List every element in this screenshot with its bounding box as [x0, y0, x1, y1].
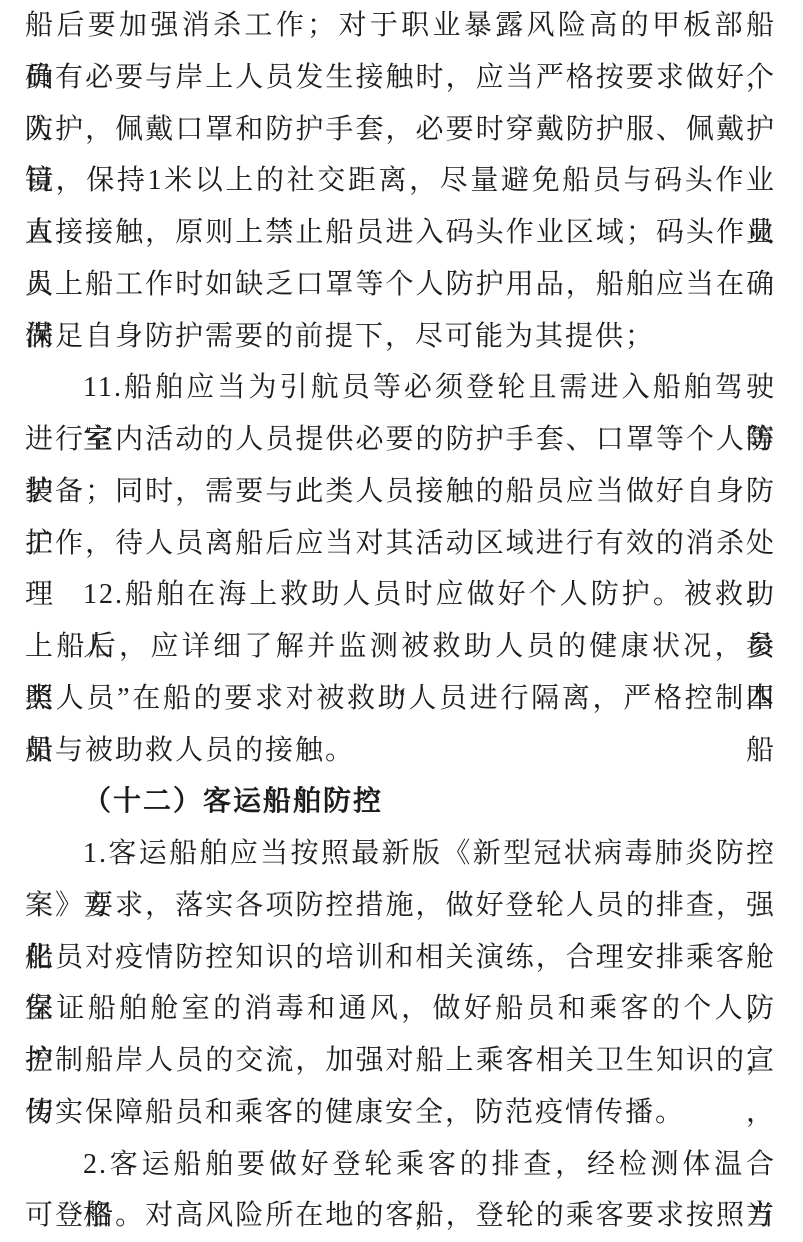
text-line: 船员对疫情防控知识的培训和相关演练，合理安排乘客舱室，: [25, 932, 776, 984]
text-line: 1.客运船舶应当按照最新版《新型冠状病毒肺炎防控方: [25, 828, 776, 880]
text-line: 防护，佩戴口罩和防护手套，必要时穿戴防护服、佩戴护目: [25, 104, 776, 156]
text-line: 装备；同时，需要与此类人员接触的船员应当做好自身防护: [25, 466, 776, 518]
text-line: 控制船岸人员的交流，加强对船上乘客相关卫生知识的宣传，: [25, 1035, 776, 1087]
text-line: 镜，保持1米以上的社交距离，尽量避免船员与码头作业人员: [25, 155, 776, 207]
text-line: 满足自身防护需要的前提下，尽可能为其提供；: [25, 311, 776, 363]
text-line: 进行室内活动的人员提供必要的防护手套、口罩等个人防护: [25, 414, 776, 466]
text-line: 保证船舶舱室的消毒和通风，做好船员和乘客的个人防护，: [25, 983, 776, 1035]
text-line: 12.船舶在海上救助人员时应做好个人防护。被救助人员: [25, 569, 776, 621]
text-line: 11.船舶应当为引航员等必须登轮且需进入船舶驾驶室等: [25, 362, 776, 414]
text-line: 切实保障船员和乘客的健康安全，防范疫情传播。: [25, 1087, 776, 1139]
text-line: 2.客运船舶要做好登轮乘客的排查，经检测体温合格，方: [25, 1139, 776, 1191]
text-line: 案》要求，落实各项防控措施，做好登轮人员的排查，强化: [25, 880, 776, 932]
text-line: 确有必要与岸上人员发生接触时，应当严格按要求做好个人: [25, 52, 776, 104]
document-body: 船后要加强消杀工作；对于职业暴露风险高的甲板部船员，确有必要与岸上人员发生接触时…: [25, 0, 776, 1242]
document-page: 船后要加强消杀工作；对于职业暴露风险高的甲板部船员，确有必要与岸上人员发生接触时…: [0, 0, 803, 1242]
text-line: 员上船工作时如缺乏口罩等个人防护用品，船舶应当在确保: [25, 259, 776, 311]
section-heading: （十二）客运船舶防控: [25, 776, 776, 828]
text-line: 直接接触，原则上禁止船员进入码头作业区域；码头作业人: [25, 207, 776, 259]
text-line: 船后要加强消杀工作；对于职业暴露风险高的甲板部船员，: [25, 0, 776, 52]
text-line: 上船后，应详细了解并监测被救助人员的健康状况，参照“四: [25, 621, 776, 673]
text-line: 类人员”在船的要求对被救助人员进行隔离，严格控制本船船: [25, 673, 776, 725]
text-line: 可登船。对高风险所在地的客船，登轮的乘客要求按照当地: [25, 1190, 776, 1242]
text-line: 工作，待人员离船后应当对其活动区域进行有效的消杀处理；: [25, 518, 776, 570]
